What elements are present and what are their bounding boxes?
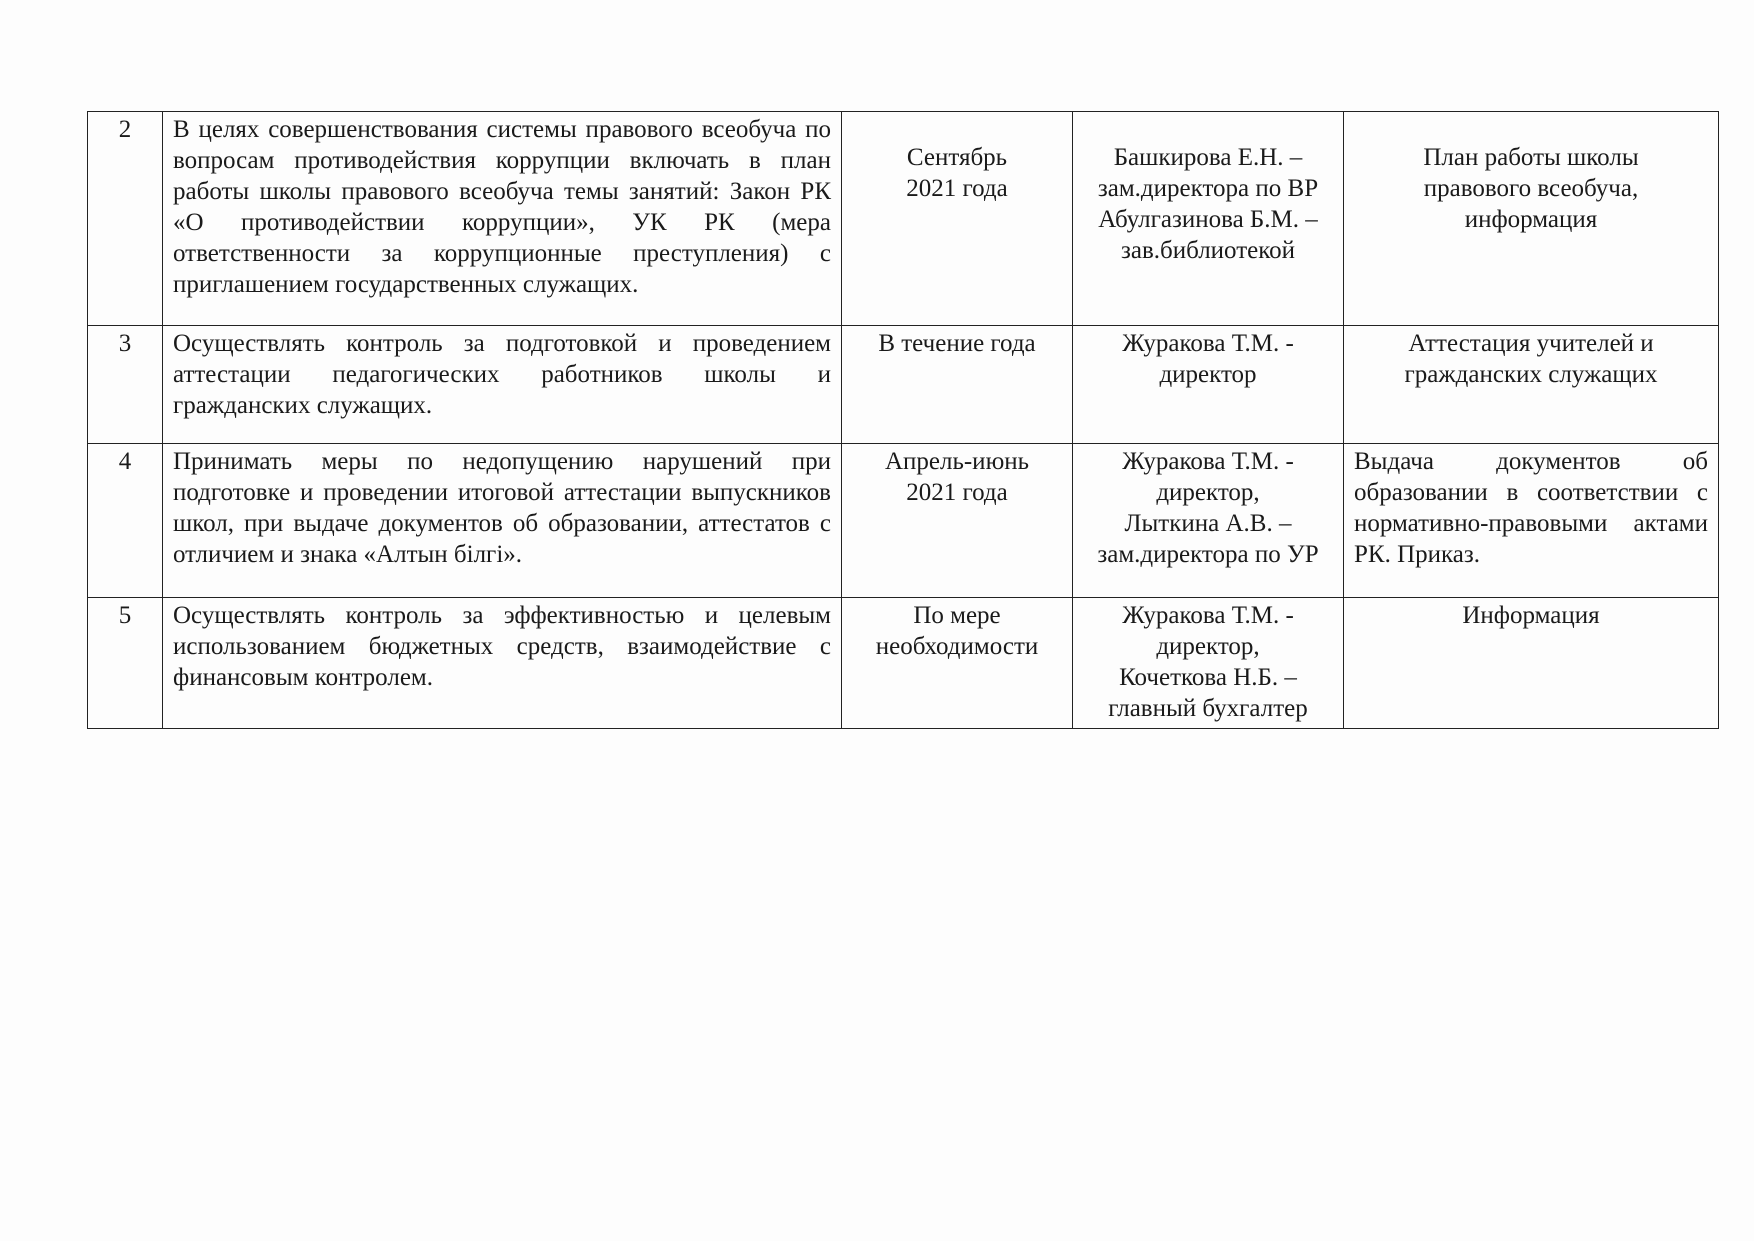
deadline: Сентябрь 2021 года: [842, 112, 1073, 326]
result-line: правового всеобуча,: [1354, 173, 1708, 204]
completion-form: План работы школы правового всеобуча, ин…: [1344, 112, 1719, 326]
responsible-line: Лыткина А.В. –: [1083, 508, 1333, 539]
responsible-line: Абулгазинова Б.М. –: [1083, 204, 1333, 235]
deadline-line: Сентябрь: [852, 142, 1062, 173]
responsible-line: зам.директора по ВР: [1083, 173, 1333, 204]
responsible: Башкирова Е.Н. – зам.директора по ВР Абу…: [1073, 112, 1344, 326]
deadline-line: По мере: [852, 600, 1062, 631]
deadline-line: 2021 года: [852, 173, 1062, 204]
completion-form: Выдача документов об образовании в соотв…: [1344, 444, 1719, 598]
deadline: По мере необходимости: [842, 598, 1073, 729]
responsible-line: зам.директора по УР: [1083, 539, 1333, 570]
table-row: 3 Осуществлять контроль за подготовкой и…: [88, 326, 1719, 444]
responsible-line: главный бухгалтер: [1083, 693, 1333, 724]
action-text: Осуществлять контроль за эффективностью …: [163, 598, 842, 729]
action-plan-table: 2 В целях совершенствования системы прав…: [87, 111, 1719, 729]
row-number: 2: [88, 112, 163, 326]
row-number: 5: [88, 598, 163, 729]
deadline-line: В течение года: [852, 328, 1062, 359]
deadline-line: 2021 года: [852, 477, 1062, 508]
action-text: Принимать меры по недопущению нарушений …: [163, 444, 842, 598]
table-row: 4 Принимать меры по недопущению нарушени…: [88, 444, 1719, 598]
completion-form: Информация: [1344, 598, 1719, 729]
action-text: Осуществлять контроль за подготовкой и п…: [163, 326, 842, 444]
table-row: 2 В целях совершенствования системы прав…: [88, 112, 1719, 326]
deadline-line: необходимости: [852, 631, 1062, 662]
responsible: Журакова Т.М. - директор, Кочеткова Н.Б.…: [1073, 598, 1344, 729]
responsible-line: зав.библиотекой: [1083, 235, 1333, 266]
responsible: Журакова Т.М. - директор, Лыткина А.В. –…: [1073, 444, 1344, 598]
responsible-line: Журакова Т.М. -: [1083, 328, 1333, 359]
responsible-line: Журакова Т.М. -: [1083, 446, 1333, 477]
table-row: 5 Осуществлять контроль за эффективность…: [88, 598, 1719, 729]
responsible-line: Башкирова Е.Н. –: [1083, 142, 1333, 173]
result-line: Выдача документов об образовании в соотв…: [1354, 448, 1708, 568]
row-number: 4: [88, 444, 163, 598]
responsible-line: Журакова Т.М. -: [1083, 600, 1333, 631]
responsible-line: директор: [1083, 359, 1333, 390]
deadline: Апрель-июнь 2021 года: [842, 444, 1073, 598]
responsible: Журакова Т.М. - директор: [1073, 326, 1344, 444]
result-line: гражданских служащих: [1354, 359, 1708, 390]
responsible-line: директор,: [1083, 631, 1333, 662]
result-line: План работы школы: [1354, 142, 1708, 173]
row-number: 3: [88, 326, 163, 444]
responsible-line: директор,: [1083, 477, 1333, 508]
result-line: Информация: [1354, 600, 1708, 631]
completion-form: Аттестация учителей и гражданских служащ…: [1344, 326, 1719, 444]
deadline-line: Апрель-июнь: [852, 446, 1062, 477]
deadline: В течение года: [842, 326, 1073, 444]
action-text: В целях совершенствования системы правов…: [163, 112, 842, 326]
result-line: информация: [1354, 204, 1708, 235]
responsible-line: Кочеткова Н.Б. –: [1083, 662, 1333, 693]
result-line: Аттестация учителей и: [1354, 328, 1708, 359]
